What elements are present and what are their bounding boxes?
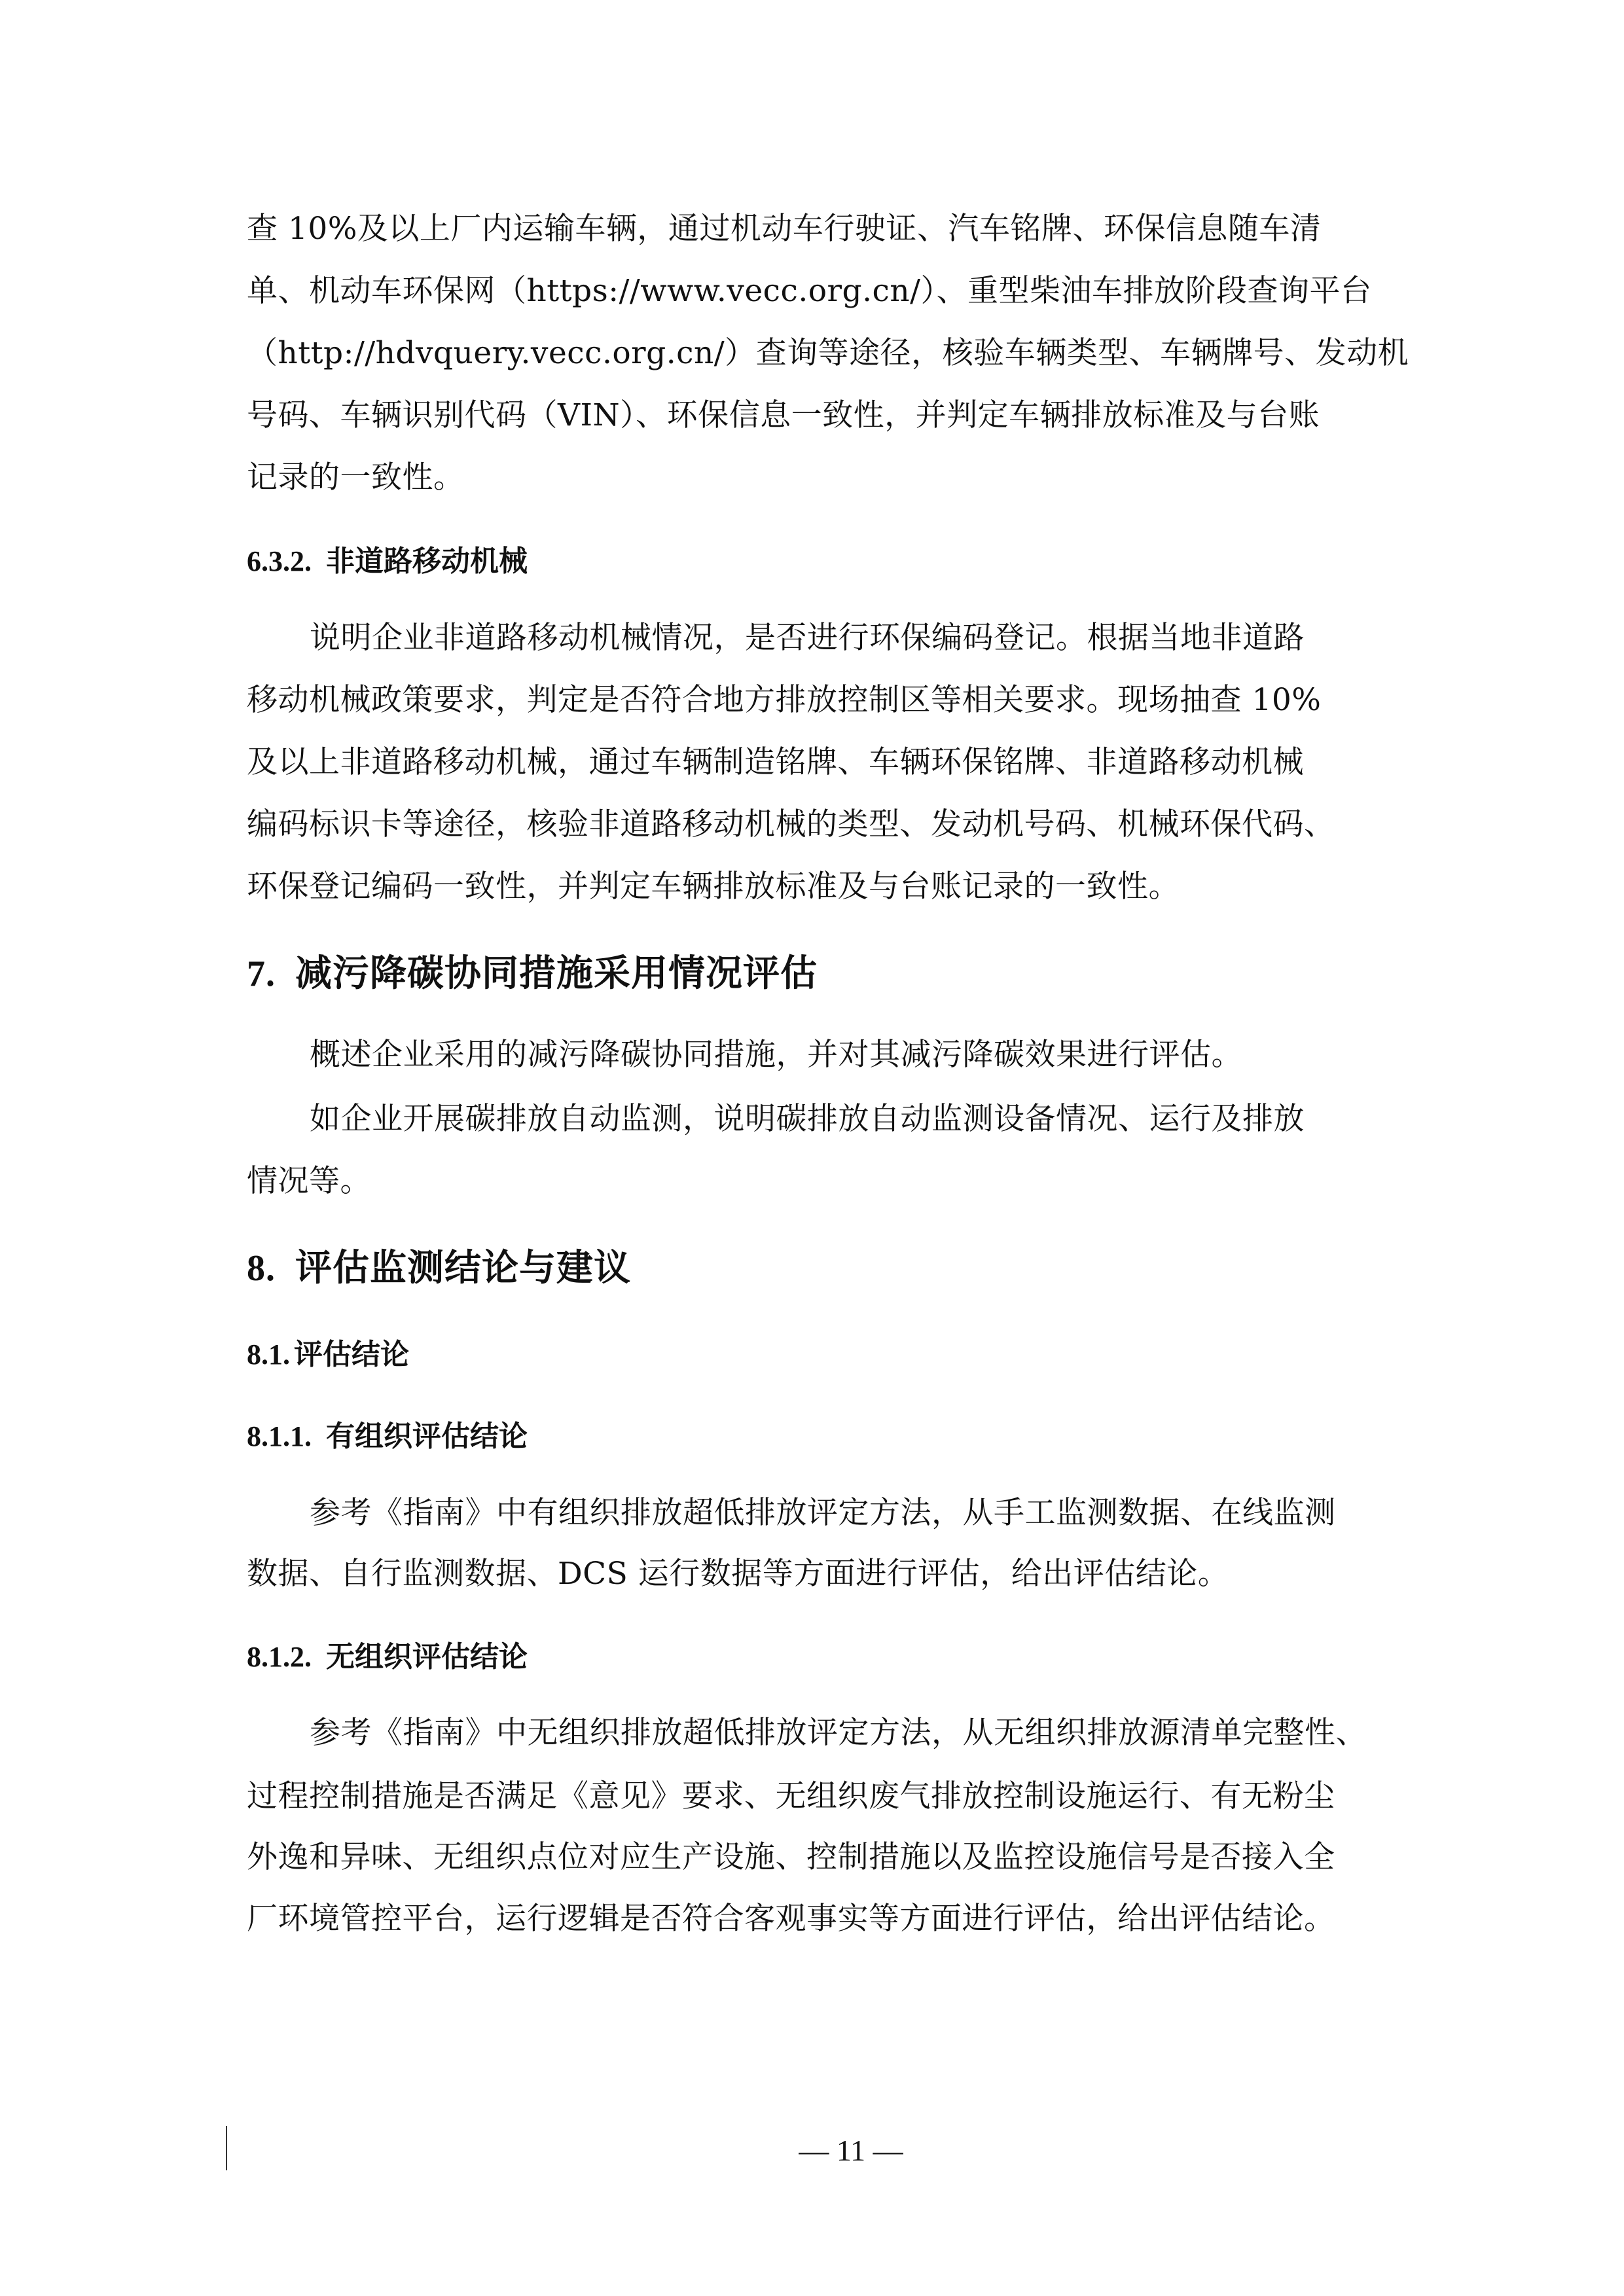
page-number: — 11 — bbox=[753, 2131, 949, 2170]
heading-8: 8.评估监测结论与建议 bbox=[247, 1245, 631, 1291]
intro-paragraph: 查 10%及以上厂内运输车辆，通过机动车行驶证、汽车铭牌、环保信息随车清 单、机… bbox=[247, 209, 1360, 497]
heading-title: 有组织评估结论 bbox=[326, 1420, 528, 1453]
heading-number: 6.3.2. bbox=[247, 545, 312, 577]
section-8-1-2: 8.1.2.无组织评估结论 参考《指南》中无组织排放超低排放评定方法，从无组织排… bbox=[247, 1638, 1360, 1945]
heading-6-3-2: 6.3.2.非道路移动机械 bbox=[247, 542, 528, 581]
paragraph-line: 移动机械政策要求，判定是否符合地方排放控制区等相关要求。现场抽查 10% bbox=[247, 681, 1360, 720]
paragraph-line: 厂环境管控平台，运行逻辑是否符合客观事实等方面进行评估，给出评估结论。 bbox=[247, 1899, 1360, 1939]
paragraph-line: 参考《指南》中无组织排放超低排放评定方法，从无组织排放源清单完整性、 bbox=[310, 1713, 1360, 1753]
paragraph-line: （http://hdvquery.vecc.org.cn/）查询等途径，核验车辆… bbox=[247, 334, 1360, 373]
paragraph-line: 参考《指南》中有组织排放超低排放评定方法，从手工监测数据、在线监测 bbox=[310, 1494, 1360, 1533]
heading-number: 8. bbox=[247, 1248, 276, 1289]
paragraph-line: 编码标识卡等途径，核验非道路移动机械的类型、发动机号码、机械环保代码、 bbox=[247, 805, 1360, 844]
paragraph-line: 说明企业非道路移动机械情况，是否进行环保编码登记。根据当地非道路 bbox=[310, 619, 1360, 658]
paragraph-line: 外逸和异味、无组织点位对应生产设施、控制措施以及监控设施信号是否接入全 bbox=[247, 1838, 1360, 1877]
paragraph-line: 过程控制措施是否满足《意见》要求、无组织废气排放控制设施运行、有无粉尘 bbox=[247, 1777, 1360, 1816]
heading-title: 减污降碳协同措施采用情况评估 bbox=[295, 952, 818, 995]
paragraph-line: 查 10%及以上厂内运输车辆，通过机动车行驶证、汽车铭牌、环保信息随车清 bbox=[247, 209, 1360, 249]
heading-number: 8.1. bbox=[247, 1338, 290, 1371]
heading-7: 7.减污降碳协同措施采用情况评估 bbox=[247, 950, 818, 996]
heading-8-1: 8.1.评估结论 bbox=[247, 1335, 409, 1374]
section-7: 7.减污降碳协同措施采用情况评估 概述企业采用的减污降碳协同措施，并对其减污降碳… bbox=[247, 950, 1360, 1212]
paragraph-line: 环保登记编码一致性，并判定车辆排放标准及与台账记录的一致性。 bbox=[247, 867, 1360, 906]
heading-8-1-2: 8.1.2.无组织评估结论 bbox=[247, 1638, 528, 1677]
heading-title: 无组织评估结论 bbox=[326, 1640, 528, 1674]
heading-title: 评估监测结论与建议 bbox=[295, 1246, 631, 1289]
heading-number: 8.1.1. bbox=[247, 1420, 312, 1452]
paragraph-line: 情况等。 bbox=[247, 1162, 1360, 1201]
paragraph-line: 概述企业采用的减污降碳协同措施，并对其减污降碳效果进行评估。 bbox=[310, 1035, 1360, 1075]
heading-title: 非道路移动机械 bbox=[326, 545, 528, 578]
heading-number: 7. bbox=[247, 954, 276, 994]
section-8-1: 8.1.评估结论 bbox=[247, 1335, 1360, 1381]
section-6-3-2: 6.3.2.非道路移动机械 说明企业非道路移动机械情况，是否进行环保编码登记。根… bbox=[247, 542, 1360, 908]
paragraph-line: 如企业开展碳排放自动监测，说明碳排放自动监测设备情况、运行及排放 bbox=[310, 1100, 1360, 1139]
heading-8-1-1: 8.1.1.有组织评估结论 bbox=[247, 1417, 528, 1456]
paragraph-line: 数据、自行监测数据、DCS 运行数据等方面进行评估，给出评估结论。 bbox=[247, 1554, 1360, 1594]
heading-title: 评估结论 bbox=[294, 1338, 409, 1371]
binding-margin-line bbox=[226, 2126, 227, 2170]
section-8: 8.评估监测结论与建议 bbox=[247, 1245, 1360, 1297]
paragraph-line: 记录的一致性。 bbox=[247, 458, 1360, 497]
section-8-1-1: 8.1.1.有组织评估结论 参考《指南》中有组织排放超低排放评定方法，从手工监测… bbox=[247, 1417, 1360, 1600]
paragraph-line: 及以上非道路移动机械，通过车辆制造铭牌、车辆环保铭牌、非道路移动机械 bbox=[247, 743, 1360, 782]
heading-number: 8.1.2. bbox=[247, 1641, 312, 1673]
paragraph-line: 号码、车辆识别代码（VIN）、环保信息一致性，并判定车辆排放标准及与台账 bbox=[247, 396, 1360, 435]
paragraph-line: 单、机动车环保网（https://www.vecc.org.cn/）、重型柴油车… bbox=[247, 272, 1360, 311]
